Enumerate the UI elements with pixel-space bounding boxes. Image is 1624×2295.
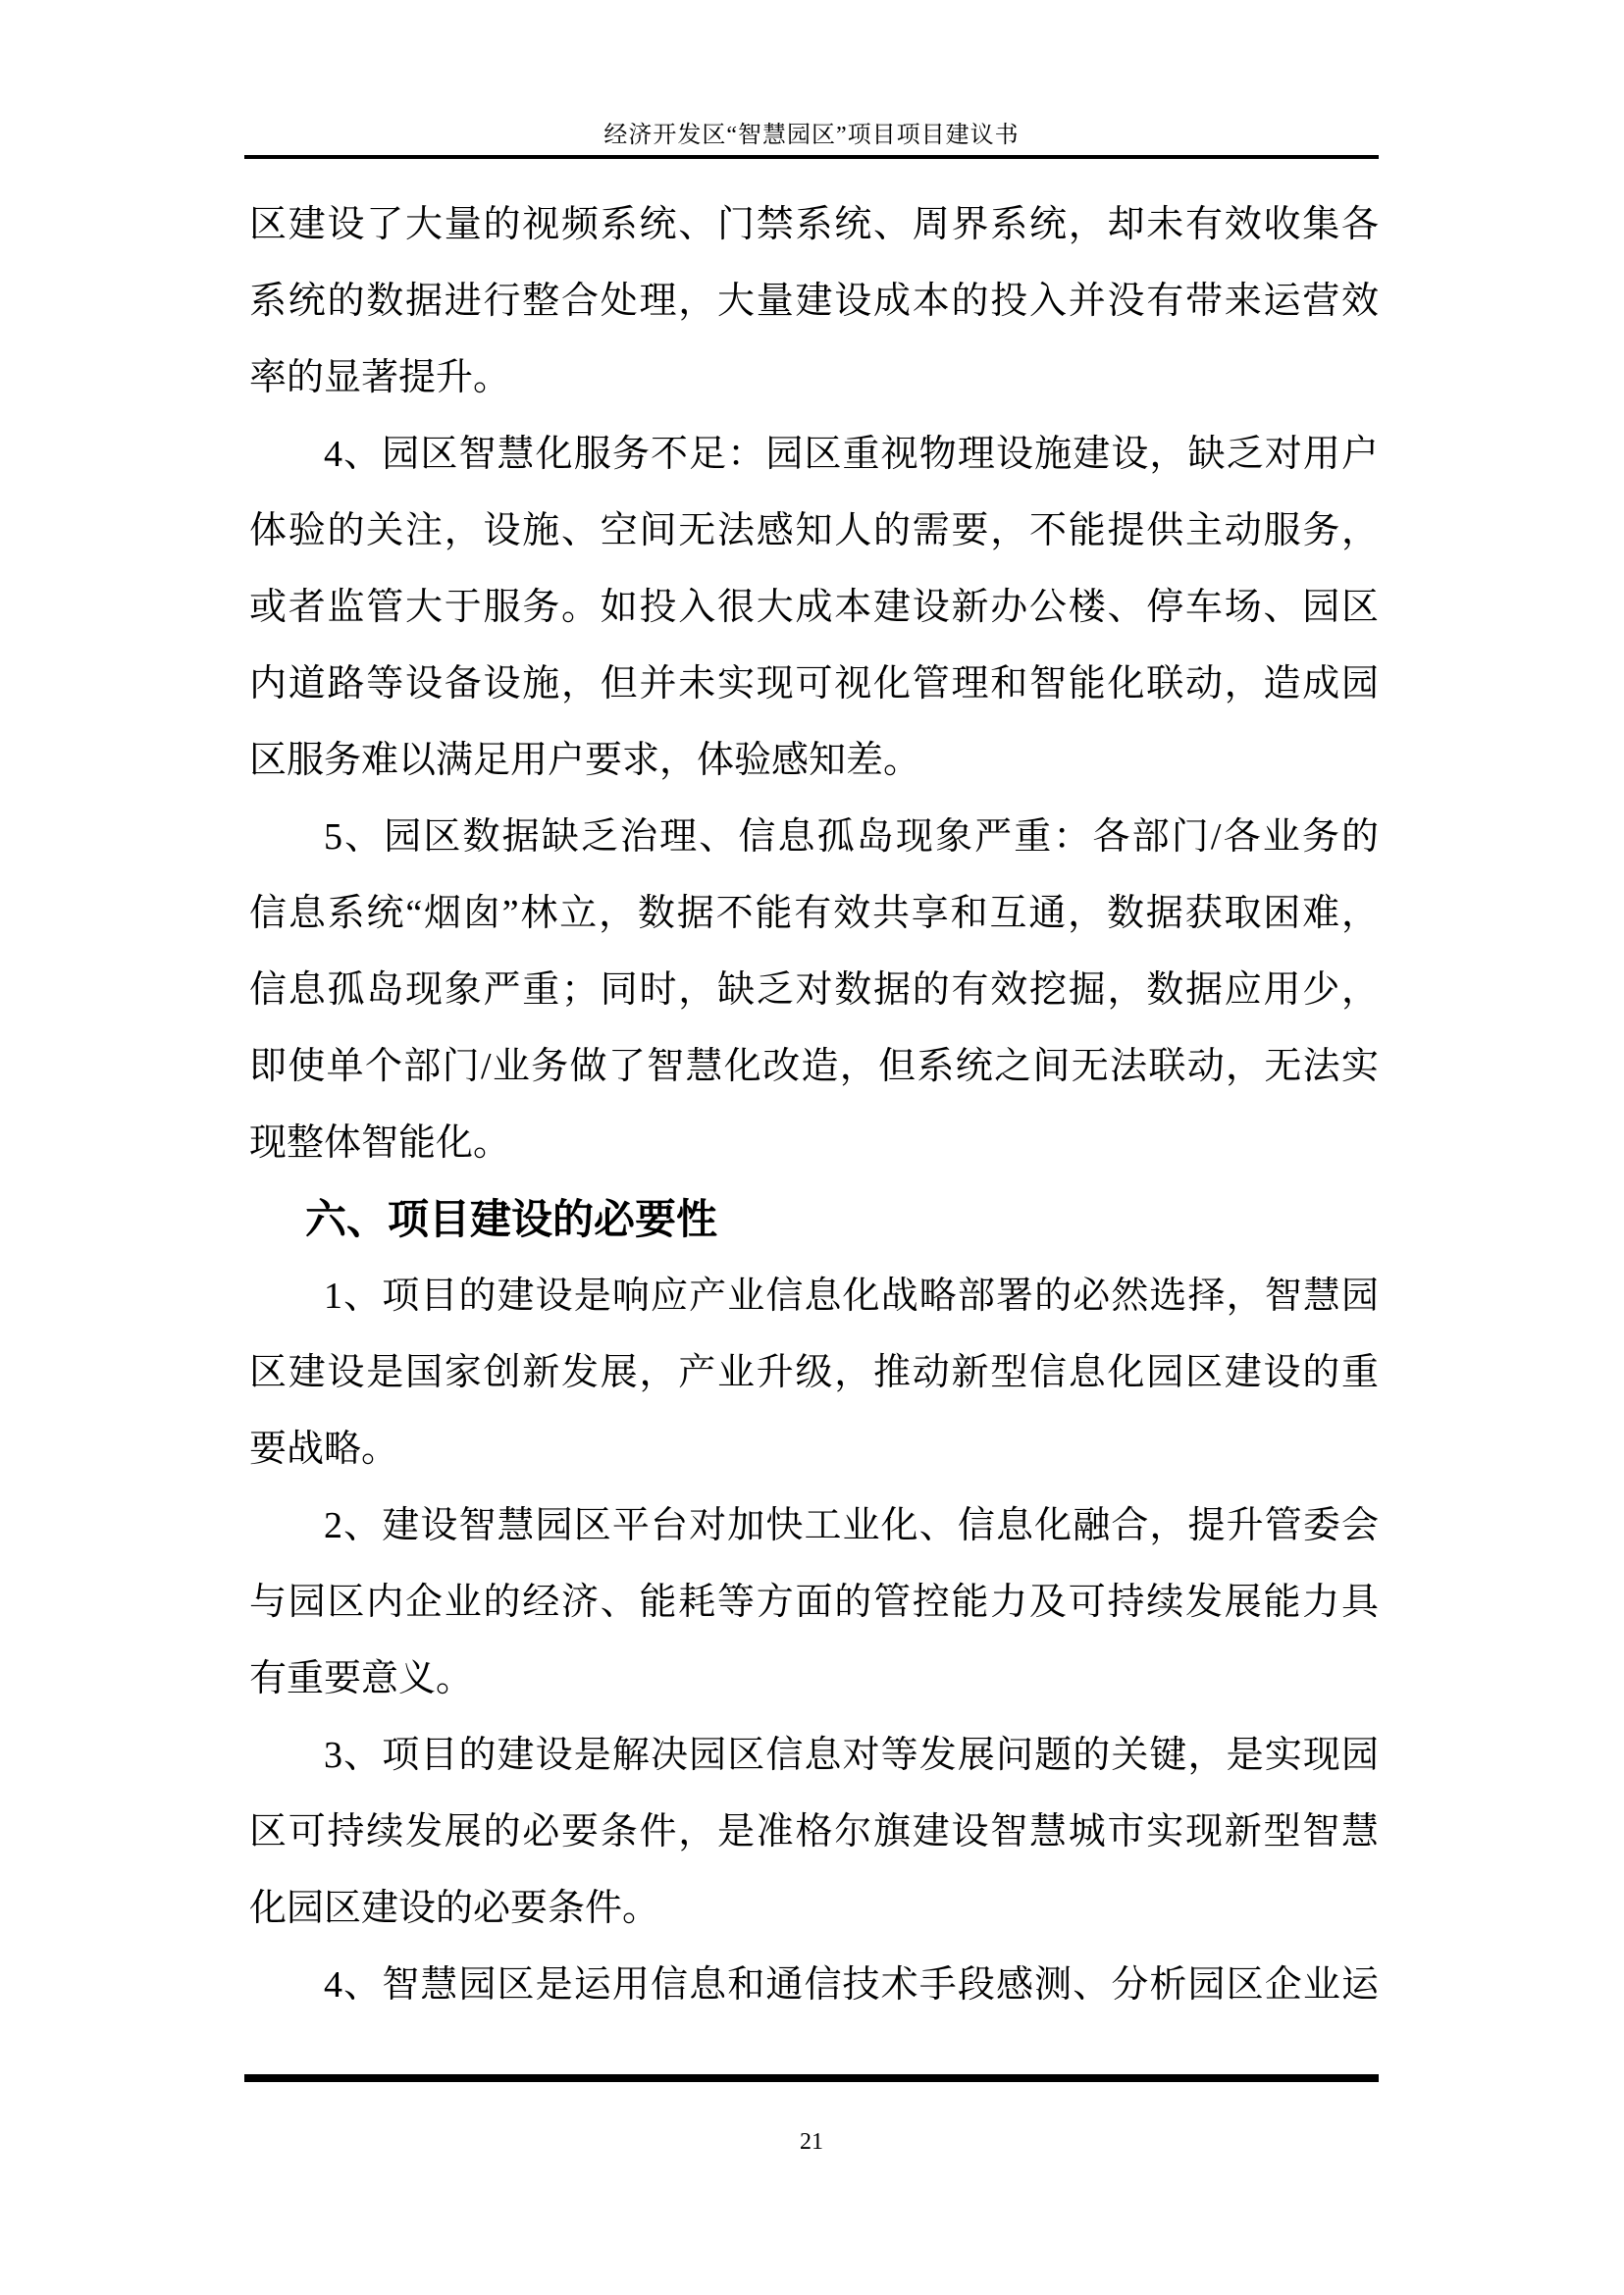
body-line: 即使单个部门/业务做了智慧化改造，但系统之间无法联动，无法实 (249, 1028, 1379, 1105)
body-line: 或者监管大于服务。如投入很大成本建设新办公楼、停车场、园区 (249, 569, 1379, 646)
body-line: 1、项目的建设是响应产业信息化战略部署的必然选择，智慧园 (249, 1258, 1379, 1334)
body-line: 内道路等设备设施，但并未实现可视化管理和智能化联动，造成园 (249, 646, 1379, 722)
page-header-title: 经济开发区“智慧园区”项目项目建议书 (244, 122, 1379, 149)
body-line: 信息孤岛现象严重；同时，缺乏对数据的有效挖掘，数据应用少， (249, 952, 1379, 1028)
body-line: 现整体智能化。 (249, 1105, 1379, 1181)
body-line: 区建设了大量的视频系统、门禁系统、周界系统，却未有效收集各 (249, 186, 1379, 263)
body-line: 区可持续发展的必要条件，是准格尔旗建设智慧城市实现新型智慧 (249, 1794, 1379, 1870)
body-line: 信息系统“烟囱”林立，数据不能有效共享和互通，数据获取困难， (249, 875, 1379, 952)
body-line: 有重要意义。 (249, 1641, 1379, 1717)
body-line: 4、智慧园区是运用信息和通信技术手段感测、分析园区企业运 (249, 1947, 1379, 2023)
section-heading: 六、项目建设的必要性 (249, 1181, 1379, 1258)
body-line: 区建设是国家创新发展，产业升级，推动新型信息化园区建设的重 (249, 1334, 1379, 1411)
body-line: 要战略。 (249, 1411, 1379, 1487)
body-paragraph: 1、项目的建设是响应产业信息化战略部署的必然选择，智慧园区建设是国家创新发展，产… (249, 1258, 1379, 1487)
body-line: 区服务难以满足用户要求，体验感知差。 (249, 722, 1379, 799)
header-rule (244, 155, 1379, 159)
body-line: 率的显著提升。 (249, 339, 1379, 416)
body-paragraph: 4、智慧园区是运用信息和通信技术手段感测、分析园区企业运 (249, 1947, 1379, 2023)
body-paragraph: 5、园区数据缺乏治理、信息孤岛现象严重：各部门/各业务的信息系统“烟囱”林立，数… (249, 799, 1379, 1181)
document-body: 区建设了大量的视频系统、门禁系统、周界系统，却未有效收集各系统的数据进行整合处理… (249, 186, 1379, 2023)
body-paragraph: 区建设了大量的视频系统、门禁系统、周界系统，却未有效收集各系统的数据进行整合处理… (249, 186, 1379, 416)
body-line: 3、项目的建设是解决园区信息对等发展问题的关键，是实现园 (249, 1717, 1379, 1794)
body-paragraph: 2、建设智慧园区平台对加快工业化、信息化融合，提升管委会与园区内企业的经济、能耗… (249, 1487, 1379, 1717)
page-number: 21 (244, 2127, 1379, 2157)
body-line: 2、建设智慧园区平台对加快工业化、信息化融合，提升管委会 (249, 1487, 1379, 1564)
body-line: 系统的数据进行整合处理，大量建设成本的投入并没有带来运营效 (249, 263, 1379, 339)
document-page: 经济开发区“智慧园区”项目项目建议书 区建设了大量的视频系统、门禁系统、周界系统… (0, 0, 1624, 2295)
section-heading-text: 六、项目建设的必要性 (249, 1181, 1379, 1258)
body-paragraph: 4、园区智慧化服务不足：园区重视物理设施建设，缺乏对用户体验的关注，设施、空间无… (249, 416, 1379, 799)
footer-rule (244, 2074, 1379, 2082)
body-line: 与园区内企业的经济、能耗等方面的管控能力及可持续发展能力具 (249, 1564, 1379, 1641)
body-line: 5、园区数据缺乏治理、信息孤岛现象严重：各部门/各业务的 (249, 799, 1379, 875)
body-line: 化园区建设的必要条件。 (249, 1870, 1379, 1947)
body-paragraph: 3、项目的建设是解决园区信息对等发展问题的关键，是实现园区可持续发展的必要条件，… (249, 1717, 1379, 1947)
body-line: 4、园区智慧化服务不足：园区重视物理设施建设，缺乏对用户 (249, 416, 1379, 493)
body-line: 体验的关注，设施、空间无法感知人的需要，不能提供主动服务， (249, 493, 1379, 569)
